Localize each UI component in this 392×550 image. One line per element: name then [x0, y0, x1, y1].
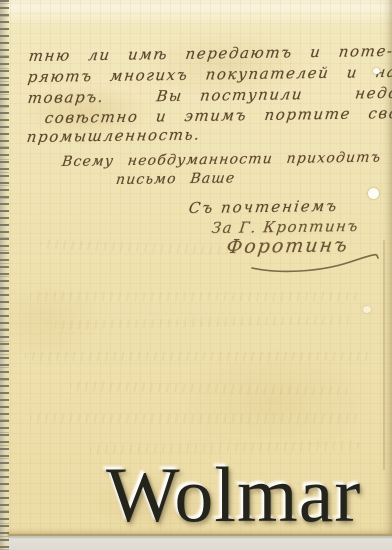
- paper-speck: [363, 306, 371, 313]
- bleed-through-marks: [30, 414, 360, 423]
- handwritten-line: письмо Ваше: [115, 170, 236, 188]
- scanned-letter-page: тню ли имѣ передаютъ и поте- ряютъ многи…: [0, 0, 392, 550]
- wolmar-watermark: Wolmar: [106, 456, 361, 534]
- bleed-through-marks: [30, 292, 360, 301]
- scanner-background-strip: [0, 536, 392, 550]
- paper-speck: [373, 68, 380, 74]
- signature-flourish: [250, 252, 380, 274]
- handwritten-line: промышленность.: [26, 126, 202, 146]
- torn-binding-edge: [0, 0, 9, 550]
- bleed-through-marks: [25, 352, 370, 361]
- closing-salutation: Съ почтеніемъ: [188, 197, 340, 217]
- paper-fold-line: [383, 240, 385, 470]
- punch-hole: [368, 188, 379, 199]
